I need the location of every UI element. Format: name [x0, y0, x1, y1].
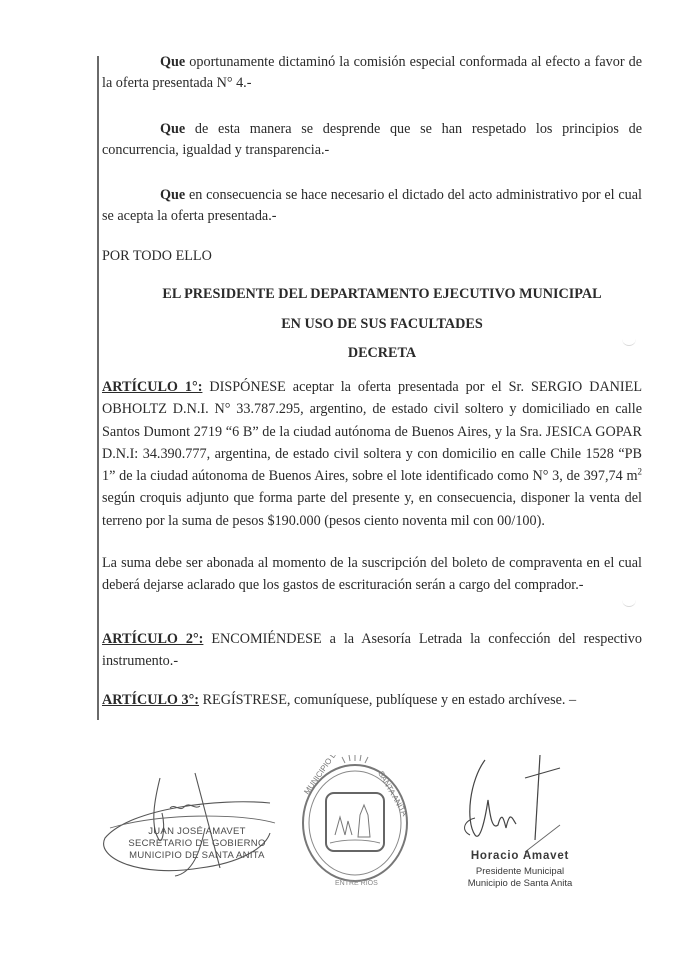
- signature-secretario: JUAN JOSÉ AMAVET SECRETARIO DE GOBIERNO …: [100, 768, 280, 878]
- stamp-secretario: JUAN JOSÉ AMAVET SECRETARIO DE GOBIERNO …: [122, 826, 272, 862]
- heading-facultades: EN USO DE SUS FACULTADES: [102, 314, 662, 334]
- signer-municipality: Municipio de Santa Anita: [440, 878, 600, 889]
- article-label: ARTÍCULO 3°:: [102, 692, 199, 708]
- heading-decreta: DECRETA: [102, 343, 662, 363]
- article-text-after: según croquis adjunto que forma parte de…: [102, 490, 642, 528]
- stamp-line-name: JUAN JOSÉ AMAVET: [122, 826, 272, 838]
- left-margin-line: [97, 56, 99, 720]
- considerando-lead: Que: [160, 121, 185, 137]
- articulo-1-continuation: La suma debe ser abonada al momento de l…: [102, 552, 642, 596]
- articulo-3: ARTÍCULO 3°: REGÍSTRESE, comuníquese, pu…: [102, 690, 642, 711]
- punch-hole-mark: [622, 600, 636, 607]
- articulo-2: ARTÍCULO 2°: ENCOMIÉNDESE a la Asesoría …: [102, 628, 642, 672]
- considerando-1: Que oportunamente dictaminó la comisión …: [102, 52, 642, 94]
- superscript: 2: [638, 466, 643, 476]
- por-todo-ello: POR TODO ELLO: [102, 246, 642, 267]
- considerando-lead: Que: [160, 187, 185, 203]
- considerando-2: Que de esta manera se desprende que se h…: [102, 119, 642, 161]
- signer-role: Presidente Municipal: [440, 866, 600, 877]
- heading-presidente: EL PRESIDENTE DEL DEPARTAMENTO EJECUTIVO…: [102, 284, 662, 304]
- municipal-seal: MUNICIPIO DE SANTA ANITA ENTRE RIOS: [290, 755, 420, 895]
- seal-text-bottom: ENTRE RIOS: [335, 880, 378, 887]
- stamp-line-municipality: MUNICIPIO DE SANTA ANITA: [122, 850, 272, 862]
- article-label: ARTÍCULO 1°:: [102, 379, 202, 395]
- article-label: ARTÍCULO 2°:: [102, 631, 203, 647]
- article-text: REGÍSTRESE, comuníquese, publíquese y en…: [199, 692, 576, 708]
- stamp-line-role: SECRETARIO DE GOBIERNO: [122, 838, 272, 850]
- considerando-3: Que en consecuencia se hace necesario el…: [102, 185, 642, 227]
- signer-name: Horacio Amavet: [440, 850, 600, 862]
- signature-presidente: Horacio Amavet Presidente Municipal Muni…: [440, 740, 620, 890]
- considerando-lead: Que: [160, 54, 185, 70]
- articulo-1: ARTÍCULO 1°: DISPÓNESE aceptar la oferta…: [102, 376, 642, 532]
- seal-icon: MUNICIPIO DE SANTA ANITA ENTRE RIOS: [290, 755, 420, 895]
